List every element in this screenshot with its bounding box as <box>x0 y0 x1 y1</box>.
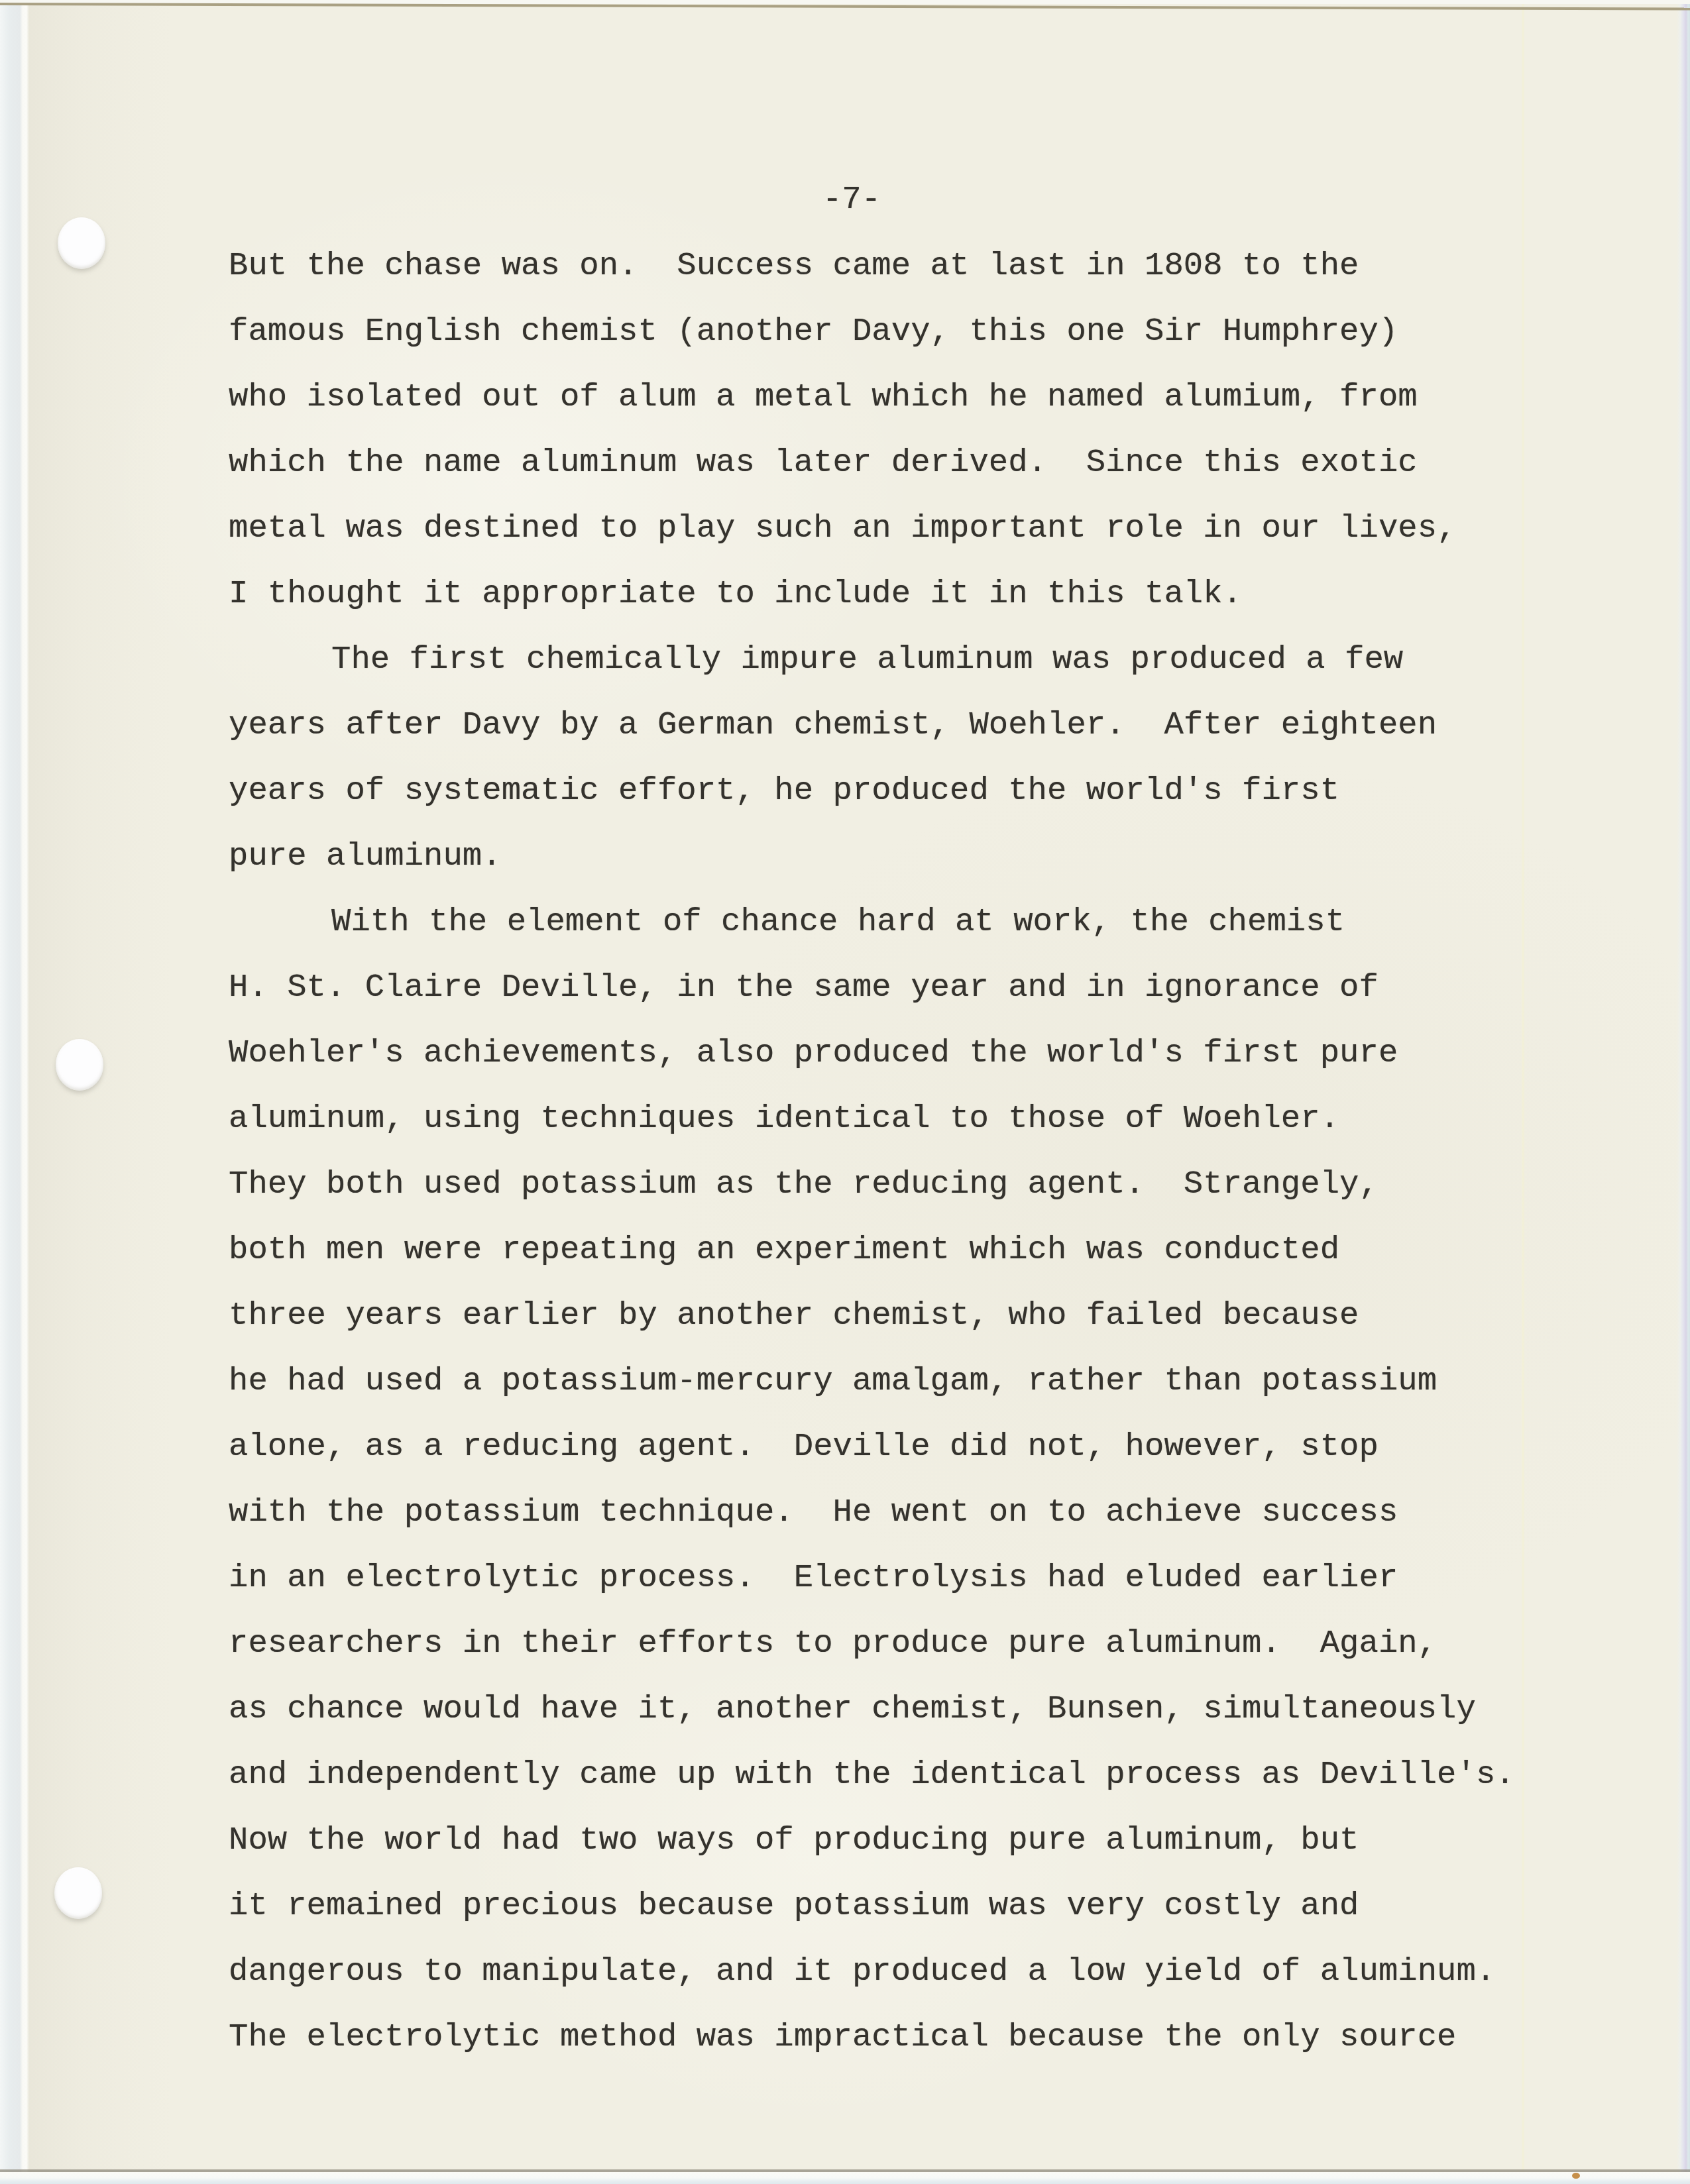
text-line: But the chase was on. Success came at la… <box>229 233 1554 299</box>
text-line: and independently came up with the ident… <box>229 1742 1554 1808</box>
text-line: famous English chemist (another Davy, th… <box>229 299 1554 364</box>
text-line: it remained precious because potassium w… <box>229 1873 1554 1939</box>
text-line: aluminum, using techniques identical to … <box>229 1086 1554 1152</box>
text-line: I thought it appropriate to include it i… <box>229 561 1554 627</box>
punch-hole <box>54 1867 102 1919</box>
text-line: in an electrolytic process. Electrolysis… <box>229 1545 1554 1611</box>
text-line: who isolated out of alum a metal which h… <box>229 364 1554 430</box>
page-number: -7- <box>229 167 1475 233</box>
text-line: They both used potassium as the reducing… <box>229 1152 1554 1217</box>
text-line: alone, as a reducing agent. Deville did … <box>229 1414 1554 1480</box>
rust-speck <box>1572 2173 1580 2179</box>
text-line: which the name aluminum was later derive… <box>229 430 1554 496</box>
text-line: as chance would have it, another chemist… <box>229 1676 1554 1742</box>
left-scan-edge <box>0 0 29 2184</box>
bottom-scan-edge <box>0 2172 1690 2184</box>
text-line: The first chemically impure aluminum was… <box>229 627 1554 692</box>
text-line: Woehler's achievements, also produced th… <box>229 1020 1554 1086</box>
text-line: years of systematic effort, he produced … <box>229 758 1554 824</box>
text-line: metal was destined to play such an impor… <box>229 496 1554 561</box>
scanned-document-page: -7- But the chase was on. Success came a… <box>0 0 1690 2184</box>
text-line: both men were repeating an experiment wh… <box>229 1217 1554 1283</box>
right-scan-edge <box>1677 0 1690 2184</box>
text-line: The electrolytic method was impractical … <box>229 2004 1554 2070</box>
text-line: pure aluminum. <box>229 824 1554 889</box>
text-line: three years earlier by another chemist, … <box>229 1283 1554 1348</box>
typewritten-text-block: But the chase was on. Success came at la… <box>229 233 1554 2070</box>
text-line: With the element of chance hard at work,… <box>229 889 1554 955</box>
punch-hole <box>58 217 105 269</box>
text-line: researchers in their efforts to produce … <box>229 1611 1554 1676</box>
text-line: with the potassium technique. He went on… <box>229 1480 1554 1545</box>
text-line: Now the world had two ways of producing … <box>229 1808 1554 1873</box>
text-line: H. St. Claire Deville, in the same year … <box>229 955 1554 1020</box>
text-line: he had used a potassium-mercury amalgam,… <box>229 1348 1554 1414</box>
punch-hole <box>56 1039 103 1091</box>
text-line: dangerous to manipulate, and it produced… <box>229 1939 1554 2004</box>
text-line: years after Davy by a German chemist, Wo… <box>229 692 1554 758</box>
